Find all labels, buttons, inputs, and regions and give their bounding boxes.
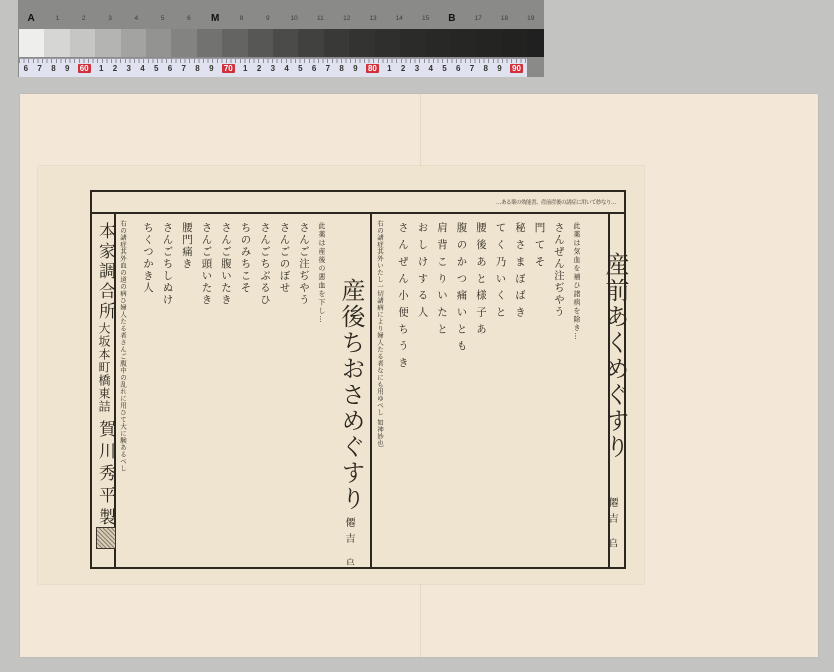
ruler-label: 1 — [386, 64, 392, 73]
scale-label: 1 — [44, 15, 70, 22]
shop-address: 大坂本町橋東詰 — [96, 322, 113, 417]
scale-label: 12 — [334, 15, 360, 22]
ruler-label: 5 — [153, 64, 159, 73]
body-text-column: さんごのぼせ — [279, 222, 290, 562]
ruler-label: 6 — [311, 64, 317, 73]
ruler-label: 8 — [194, 64, 200, 73]
ruler-label: 1 — [242, 64, 248, 73]
grey-patch — [222, 29, 247, 57]
grey-patch — [146, 29, 171, 57]
ruler-label: 4 — [283, 64, 289, 73]
ruler-label: 4 — [427, 64, 433, 73]
ruler-label: 6 — [23, 64, 29, 73]
ruler-label: 3 — [414, 64, 420, 73]
body-text-column: ちくつかき人 — [143, 222, 154, 562]
grey-patch — [121, 29, 146, 57]
ruler-label: 2 — [256, 64, 262, 73]
ruler-label: 5 — [297, 64, 303, 73]
middle-author: 僊吉 𠂤 — [341, 517, 356, 565]
scale-label: A — [18, 13, 44, 24]
right-notes: 右の諸症其外いたし一切諸病により婦人たる者なにも用ゆべし 如神妙也 — [376, 220, 385, 565]
grey-patch — [44, 29, 69, 57]
grey-patch — [273, 29, 298, 57]
ruler-label: 9 — [208, 64, 214, 73]
scale-label: 10 — [281, 15, 307, 22]
scale-label: 11 — [307, 15, 333, 22]
body-text-column: さ ん ぜ ん 小 便 ち う き — [398, 222, 409, 562]
scale-label: 6 — [176, 15, 202, 22]
ruler-label: 9 — [352, 64, 358, 73]
ruler-label: 6 — [455, 64, 461, 73]
ruler-label: 8 — [50, 64, 56, 73]
ruler-label: 90 — [510, 64, 523, 73]
ruler-label: 80 — [366, 64, 379, 73]
body-text-column: て く 乃 い く と — [495, 222, 506, 562]
body-text-column: 門 て そ — [534, 222, 545, 562]
ruler-label: 60 — [78, 64, 91, 73]
grey-patch — [248, 29, 273, 57]
grey-patch — [298, 29, 323, 57]
left-notes: 右の諸症其外血の道の病ひ婦人たる者さんご腹中の乱れに用ひて大に験あるべし — [119, 220, 128, 560]
body-text-column: ちのみちこそ — [240, 222, 251, 562]
right-author: 僊吉 𠂤 — [604, 497, 619, 547]
body-text-column: 此薬は産後の悪血を下し… — [318, 222, 325, 562]
grey-patch — [19, 29, 44, 57]
body-text-column: 秘 さ ま ぼ ば き — [515, 222, 526, 562]
ruler-label: 7 — [469, 64, 475, 73]
grey-patch — [171, 29, 196, 57]
ruler-label: 2 — [400, 64, 406, 73]
shop-label: 本家調合所 — [93, 222, 118, 322]
measuring-ruler: 678960123456789701234567898012345678990 — [19, 58, 527, 77]
grey-patch — [426, 29, 451, 57]
scale-label: 8 — [228, 15, 254, 22]
ruler-label: 8 — [338, 64, 344, 73]
grey-patch — [349, 29, 374, 57]
ruler-label: 8 — [483, 64, 489, 73]
grey-scale-labels: A123456M89101112131415B171819 — [18, 8, 544, 28]
scale-label: 4 — [123, 15, 149, 22]
ruler-label: 9 — [64, 64, 70, 73]
grey-patch — [400, 29, 425, 57]
scale-label: B — [439, 13, 465, 24]
body-text-column: 腰門痛き — [182, 222, 193, 562]
maker-seal — [96, 527, 116, 549]
header-band: …ある薬の効能書、産前産後の諸症に用いて妙なり… — [92, 192, 624, 214]
middle-title: 産後ちおさめぐすり — [334, 278, 369, 510]
grey-patch — [476, 29, 501, 57]
grey-patch — [451, 29, 476, 57]
ruler-label: 3 — [270, 64, 276, 73]
scale-label: 13 — [360, 15, 386, 22]
grey-patch — [502, 29, 527, 57]
scale-label: 18 — [491, 15, 517, 22]
ruler-label: 7 — [325, 64, 331, 73]
shop-maker: 賀川秀平製 — [93, 420, 118, 525]
ruler-label: 6 — [167, 64, 173, 73]
scale-label: 17 — [465, 15, 491, 22]
body-text-column: 此薬は気血を補ひ諸病を除き… — [573, 222, 580, 562]
grey-patch — [324, 29, 349, 57]
color-calibration-target: A123456M89101112131415B171819 6789601234… — [18, 0, 544, 77]
ruler-label: 5 — [441, 64, 447, 73]
body-text-column: お し け す る 人 — [417, 222, 428, 562]
divider-center — [370, 214, 372, 569]
scale-label: 19 — [518, 15, 544, 22]
ruler-label: 9 — [496, 64, 502, 73]
scale-label: 14 — [386, 15, 412, 22]
grey-patch — [375, 29, 400, 57]
grey-patch — [70, 29, 95, 57]
scale-label: M — [202, 13, 228, 24]
ruler-label: 3 — [125, 64, 131, 73]
ruler-label: 7 — [36, 64, 42, 73]
body-text-column: さんご腹いたき — [221, 222, 232, 562]
body-text-column: さんご頭いたき — [201, 222, 212, 562]
body-text-column: さんぜん注ぢやう — [554, 222, 565, 562]
body-text-column: さんごちぶるひ — [260, 222, 271, 562]
ruler-label: 70 — [222, 64, 235, 73]
grey-scale-end-patch — [527, 29, 544, 57]
body-text-column: さんご注ぢやう — [299, 222, 310, 562]
ruler-label: 4 — [139, 64, 145, 73]
grey-patch — [95, 29, 120, 57]
scale-label: 5 — [149, 15, 175, 22]
ruler-label: 1 — [98, 64, 104, 73]
body-text-column: 肩 背 こ り い た と — [437, 222, 448, 562]
scale-label: 15 — [412, 15, 438, 22]
ruler-label: 2 — [112, 64, 118, 73]
body-text-column: 腹 の か つ 痛 い と も — [456, 222, 467, 562]
scale-label: 2 — [71, 15, 97, 22]
body-text-column: 腰 後 あ と 様 子 あ — [476, 222, 487, 562]
grey-patch — [197, 29, 222, 57]
ruler-label: 7 — [181, 64, 187, 73]
header-band-text: …ある薬の効能書、産前産後の諸症に用いて妙なり… — [496, 198, 616, 206]
right-title: 産前あくめぐすり — [598, 252, 633, 492]
scale-label: 9 — [255, 15, 281, 22]
grey-scale-patches — [19, 29, 527, 57]
body-text-column: さんごちしぬけ — [162, 222, 173, 562]
scale-label: 3 — [97, 15, 123, 22]
